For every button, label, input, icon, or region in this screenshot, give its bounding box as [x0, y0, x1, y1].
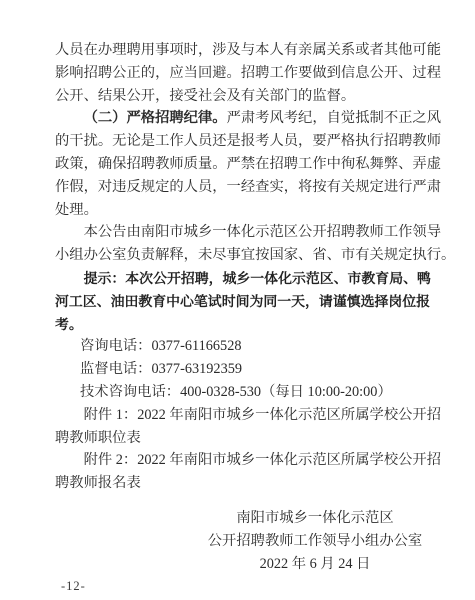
text-line: 的干扰。无论是工作人员还是报考人员，要严格执行招聘教师: [55, 130, 455, 153]
text-line: 影响招聘公正的，应当回避。招聘工作要做到信息公开、过程: [55, 62, 455, 85]
signature-org-line: 南阳市城乡一体化示范区: [180, 507, 450, 530]
text-run: 严肃考风考纪，自觉抵制不正之风: [227, 110, 441, 126]
scanned-document-page: 人员在办理聘用事项时，涉及与本人有亲属关系或者其他可能 影响招聘公正的，应当回避…: [0, 0, 475, 600]
technical-phone-line: 技术咨询电话：400-0328-530（每日 10:00-20:00）: [55, 381, 455, 404]
consult-phone-line: 咨询电话：0377-61166528: [55, 335, 455, 358]
supervise-phone-line: 监督电话：0377-63192359: [55, 358, 455, 381]
text-line: 公开、结果公开，接受社会及有关部门的监督。: [55, 85, 455, 108]
text-line: 本公告由南阳市城乡一体化示范区公开招聘教师工作领导: [55, 221, 455, 244]
signature-org-line: 公开招聘教师工作领导小组办公室: [180, 530, 450, 553]
tip-text-line: 提示：本次公开招聘，城乡一体化示范区、市教育局、鸭: [55, 267, 455, 290]
attachment-2-line: 聘教师报名表: [55, 472, 455, 495]
document-body: 人员在办理聘用事项时，涉及与本人有亲属关系或者其他可能 影响招聘公正的，应当回避…: [55, 39, 455, 575]
text-line: 作假，对违反规定的人员，一经查实，将按有关规定进行严肃: [55, 176, 455, 199]
text-line: 处理。: [55, 199, 455, 222]
text-line: 政策，确保招聘教师质量。严禁在招聘工作中徇私舞弊、弄虚: [55, 153, 455, 176]
text-line: （二）严格招聘纪律。严肃考风考纪，自觉抵制不正之风: [55, 107, 455, 130]
attachment-2-line: 附件 2：2022 年南阳市城乡一体化示范区所属学校公开招: [55, 449, 455, 472]
signature-block: 南阳市城乡一体化示范区 公开招聘教师工作领导小组办公室 2022 年 6 月 2…: [180, 507, 450, 575]
contact-lines: 咨询电话：0377-61166528 监督电话：0377-63192359 技术…: [55, 335, 455, 403]
page-number: -12-: [61, 579, 86, 594]
attachment-lines: 附件 1：2022 年南阳市城乡一体化示范区所属学校公开招 聘教师职位表 附件 …: [55, 404, 455, 495]
attachment-1-line: 聘教师职位表: [55, 427, 455, 450]
paragraph-discipline: （二）严格招聘纪律。严肃考风考纪，自觉抵制不正之风 的干扰。无论是工作人员还是报…: [55, 107, 455, 221]
text-line: 小组办公室负责解释，未尽事宜按国家、省、市有关规定执行。: [55, 244, 455, 267]
paragraph-interpretation: 本公告由南阳市城乡一体化示范区公开招聘教师工作领导 小组办公室负责解释，未尽事宜…: [55, 221, 455, 267]
paragraph-recusal: 人员在办理聘用事项时，涉及与本人有亲属关系或者其他可能 影响招聘公正的，应当回避…: [55, 39, 455, 107]
tip-text-line: 考。: [55, 313, 455, 336]
paragraph-tip: 提示：本次公开招聘，城乡一体化示范区、市教育局、鸭 河工区、油田教育中心笔试时间…: [55, 267, 455, 335]
tip-text-line: 河工区、油田教育中心笔试时间为同一天，请谨慎选择岗位报: [55, 290, 455, 313]
signature-date: 2022 年 6 月 24 日: [180, 553, 450, 576]
paragraph-heading-bold: （二）严格招聘纪律。: [84, 110, 227, 126]
attachment-1-line: 附件 1：2022 年南阳市城乡一体化示范区所属学校公开招: [55, 404, 455, 427]
text-line: 人员在办理聘用事项时，涉及与本人有亲属关系或者其他可能: [55, 39, 455, 62]
